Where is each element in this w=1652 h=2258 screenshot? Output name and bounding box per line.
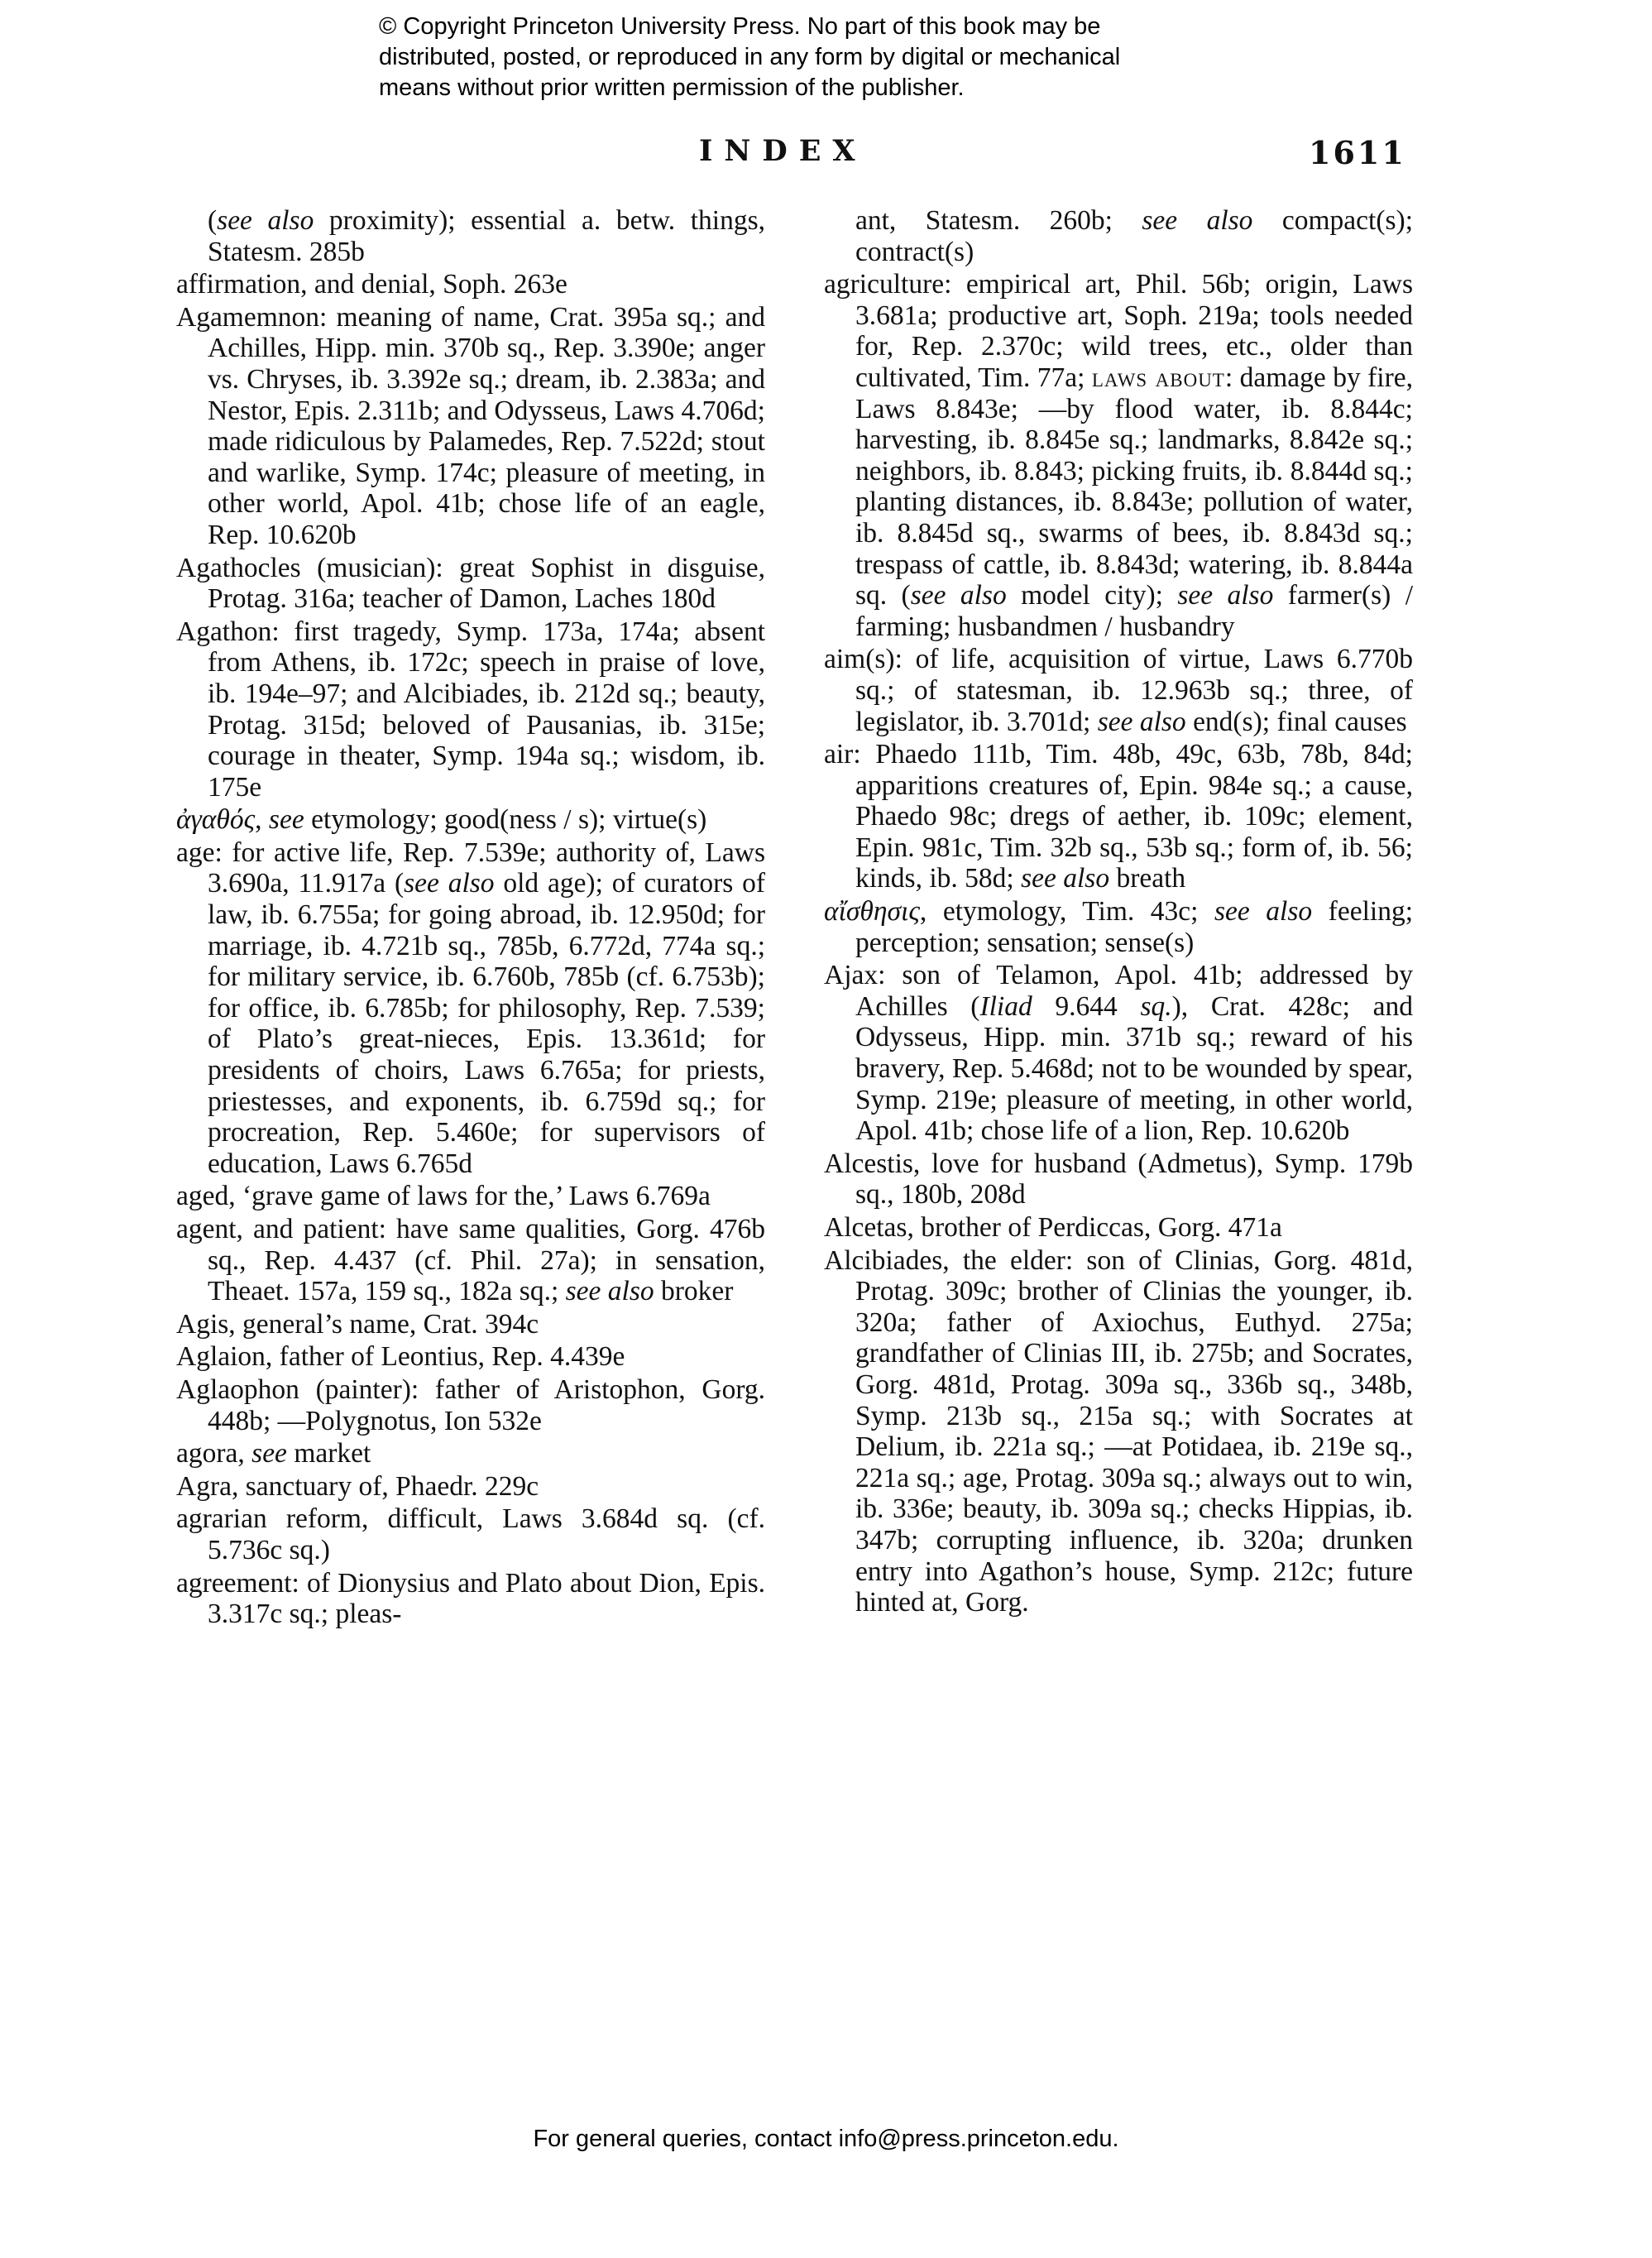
index-entry: Alcetas, brother of Perdiccas, Gorg. 471…	[824, 1212, 1413, 1244]
index-entry: αἴσθησις, etymology, Tim. 43c; see also …	[824, 896, 1413, 958]
index-entry: agreement: of Dionysius and Plato about …	[176, 1568, 765, 1630]
running-title: INDEX	[699, 134, 867, 168]
index-entry: Alcibiades, the elder: son of Clinias, G…	[824, 1245, 1413, 1618]
index-entry: aged, ‘grave game of laws for the,’ Laws…	[176, 1181, 765, 1212]
index-column-left: (see also proximity); essential a. betw.…	[176, 205, 765, 1630]
running-head: INDEX 1611	[0, 134, 1652, 175]
footer-contact: For general queries, contact info@press.…	[0, 2126, 1652, 2153]
index-entry: Aglaophon (painter): father of Aristopho…	[176, 1374, 765, 1436]
index-entry: aim(s): of life, acquisition of virtue, …	[824, 644, 1413, 737]
index-entry: ant, Statesm. 260b; see also compact(s);…	[824, 205, 1413, 267]
index-entry: air: Phaedo 111b, Tim. 48b, 49c, 63b, 78…	[824, 739, 1413, 894]
index-column-right: ant, Statesm. 260b; see also compact(s);…	[824, 205, 1413, 1618]
index-entry: agriculture: empirical art, Phil. 56b; o…	[824, 269, 1413, 642]
page-number: 1611	[1309, 134, 1406, 171]
copyright-notice: © Copyright Princeton University Press. …	[379, 12, 1289, 103]
index-entry: Agamemnon: meaning of name, Crat. 395a s…	[176, 302, 765, 551]
index-entry: agora, see market	[176, 1438, 765, 1469]
index-entry: age: for active life, Rep. 7.539e; autho…	[176, 837, 765, 1180]
copyright-line: © Copyright Princeton University Press. …	[379, 12, 1289, 42]
index-entry: agrarian reform, difficult, Laws 3.684d …	[176, 1503, 765, 1565]
index-entry: affirmation, and denial, Soph. 263e	[176, 269, 765, 300]
index-entry: Agis, general’s name, Crat. 394c	[176, 1309, 765, 1340]
index-entry: Agathon: first tragedy, Symp. 173a, 174a…	[176, 616, 765, 803]
index-entry: (see also proximity); essential a. betw.…	[176, 205, 765, 267]
index-entry: Aglaion, father of Leontius, Rep. 4.439e	[176, 1341, 765, 1373]
copyright-line: means without prior written permission o…	[379, 73, 1289, 103]
copyright-line: distributed, posted, or reproduced in an…	[379, 42, 1289, 73]
index-entry: ἀγαθός, see etymology; good(ness / s); v…	[176, 804, 765, 836]
index-entry: Agra, sanctuary of, Phaedr. 229c	[176, 1471, 765, 1503]
index-entry: agent, and patient: have same qualities,…	[176, 1214, 765, 1307]
index-entry: Alcestis, love for husband (Admetus), Sy…	[824, 1148, 1413, 1210]
index-entry: Ajax: son of Telamon, Apol. 41b; address…	[824, 960, 1413, 1147]
index-entry: Agathocles (musician): great Sophist in …	[176, 553, 765, 615]
